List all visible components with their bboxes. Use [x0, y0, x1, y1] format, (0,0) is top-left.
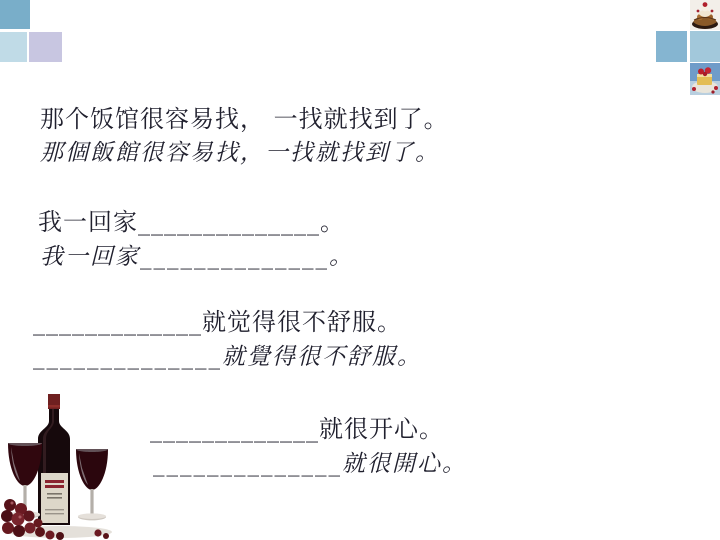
decor-square-light-blue [0, 32, 27, 62]
decor-square-pale-blue-right [690, 31, 720, 62]
sentence-simplified-4: _____________就很开心。 [150, 409, 444, 444]
sentence-simplified-2: 我一回家______________。 [38, 202, 345, 237]
sentence-traditional-1: 那個飯館很容易找，一找就找到了。 [40, 134, 440, 167]
decor-square-medium-blue [0, 0, 30, 29]
sentence-traditional-3: ______________就覺得很不舒服。 [33, 338, 422, 371]
decor-square-medium-blue-right [656, 31, 687, 62]
sentence-traditional-4: ______________就很開心。 [153, 445, 467, 478]
sentence-simplified-1: 那个饭馆很容易找， 一找就找到了。 [40, 99, 449, 134]
decor-square-lavender [29, 32, 62, 62]
wine-photo [0, 385, 115, 540]
cake-photo [690, 63, 720, 95]
dessert-photo [690, 0, 720, 30]
slide-canvas: 那个饭馆很容易找， 一找就找到了。 那個飯館很容易找，一找就找到了。 我一回家_… [0, 0, 720, 540]
sentence-simplified-3: _____________就觉得很不舒服。 [33, 302, 402, 337]
sentence-traditional-2: 我一回家______________。 [40, 238, 354, 271]
